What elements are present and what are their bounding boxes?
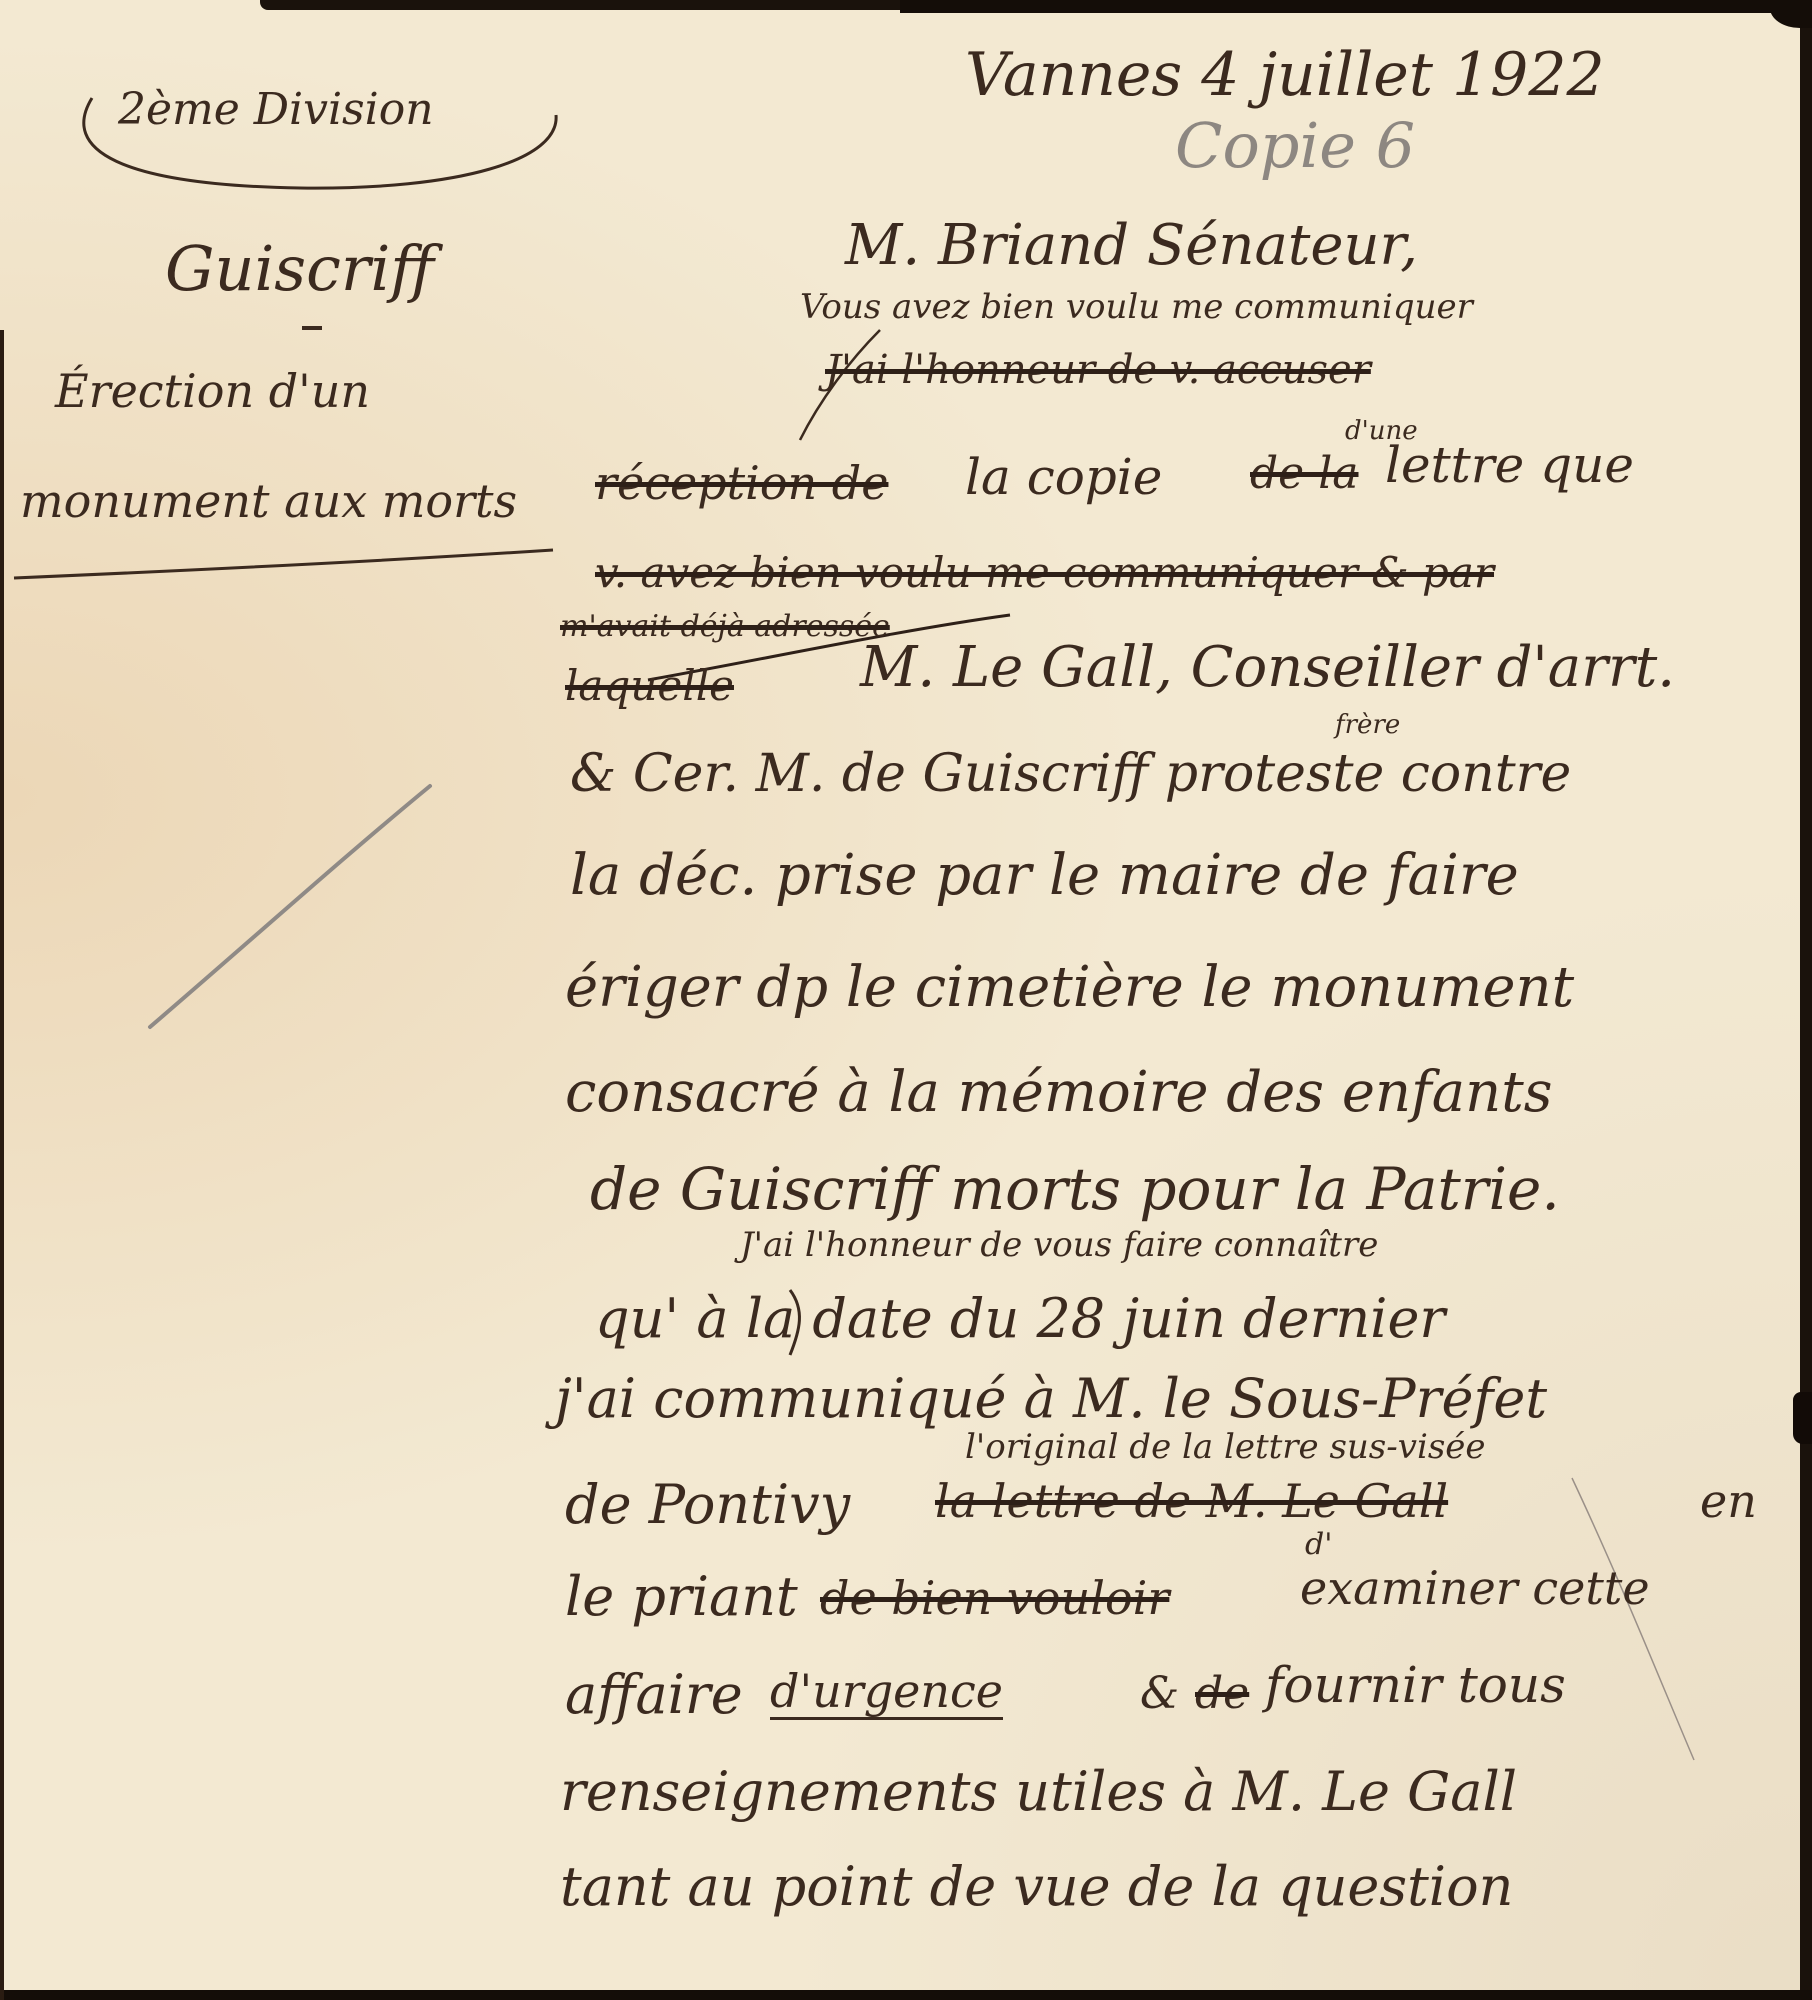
letter-line-line-13b: la lettre de M. Le Gall xyxy=(935,1478,1448,1524)
letter-line-insert-1: Vous avez bien voulu me communiquer xyxy=(800,290,1473,324)
letter-line-salutation: M. Briand Sénateur, xyxy=(845,218,1418,274)
letter-line-line-9: consacré à la mémoire des enfants xyxy=(565,1065,1552,1121)
scan-border-top-right xyxy=(900,0,1812,13)
margin-division-label: 2ème Division xyxy=(118,88,434,132)
letter-line-line-16: renseignements utiles à M. Le Gall xyxy=(560,1765,1517,1819)
letter-line-line-13c: en xyxy=(1700,1478,1757,1524)
letter-line-line-5a: laquelle xyxy=(565,665,734,707)
letter-line-line-7: la déc. prise par le maire de faire xyxy=(570,848,1519,904)
letter-line-line-14c: examiner cette xyxy=(1300,1565,1650,1611)
letter-line-line-3c: de la xyxy=(1250,452,1359,496)
letter-line-line-15e: fournir tous xyxy=(1265,1660,1566,1710)
letter-line-line-8: ériger dp le cimetière le monument xyxy=(565,960,1574,1016)
letter-line-line-10: de Guiscriff morts pour la Patrie. xyxy=(590,1160,1560,1218)
letter-line-line-11: qu' à la date du 28 juin dernier xyxy=(595,1292,1445,1346)
letter-line-sup-3: d' xyxy=(1305,1530,1332,1560)
letter-line-line-15b: d'urgence xyxy=(770,1668,1003,1714)
letter-line-line-15a: affaire xyxy=(565,1668,743,1722)
letter-line-line-3a: réception de xyxy=(595,460,888,506)
letter-line-line-3b: la copie xyxy=(965,452,1162,502)
letter-line-sup-2: frère xyxy=(1335,712,1400,738)
letter-line-line-15d: de xyxy=(1195,1672,1249,1716)
letter-line-insert-3: J'ai l'honneur de vous faire connaître xyxy=(740,1228,1378,1262)
letter-line-insert-2: m'avait déjà adressée xyxy=(560,612,890,642)
letter-line-line-6: & Cer. M. de Guiscriff proteste contre xyxy=(570,748,1571,800)
scan-border-bottom xyxy=(0,1990,1812,2000)
scan-border-notch xyxy=(1793,1392,1812,1444)
letter-line-line-5b: M. Le Gall, Conseiller d'arrt. xyxy=(860,640,1675,696)
margin-commune-label: Guiscriff xyxy=(165,238,434,300)
letter-line-line-15c: & xyxy=(1140,1672,1179,1716)
margin-subject-line-2: monument aux morts xyxy=(20,478,517,524)
letter-line-line-12: j'ai communiqué à M. le Sous-Préfet xyxy=(555,1372,1547,1426)
place-date-line: Vannes 4 juillet 1922 xyxy=(965,45,1605,105)
letter-line-line-14a: le priant xyxy=(565,1570,798,1624)
letter-line-line-13a: de Pontivy xyxy=(565,1478,850,1532)
archive-copy-note: Copie 6 xyxy=(1175,115,1415,177)
letter-line-line-3d: lettre que xyxy=(1385,440,1634,490)
letter-line-line-14b: de bien vouloir xyxy=(820,1575,1169,1621)
letter-line-struck-1: J'ai l'honneur de v. accuser xyxy=(825,350,1371,390)
letter-line-insert-4: l'original de la lettre sus-visée xyxy=(965,1430,1486,1464)
margin-subject-line-1: Érection d'un xyxy=(55,368,370,414)
letter-line-line-17: tant au point de vue de la question xyxy=(560,1860,1513,1914)
scan-border-left xyxy=(0,330,4,2000)
letter-line-struck-2: v. avez bien voulu me communiquer & par xyxy=(595,552,1494,594)
